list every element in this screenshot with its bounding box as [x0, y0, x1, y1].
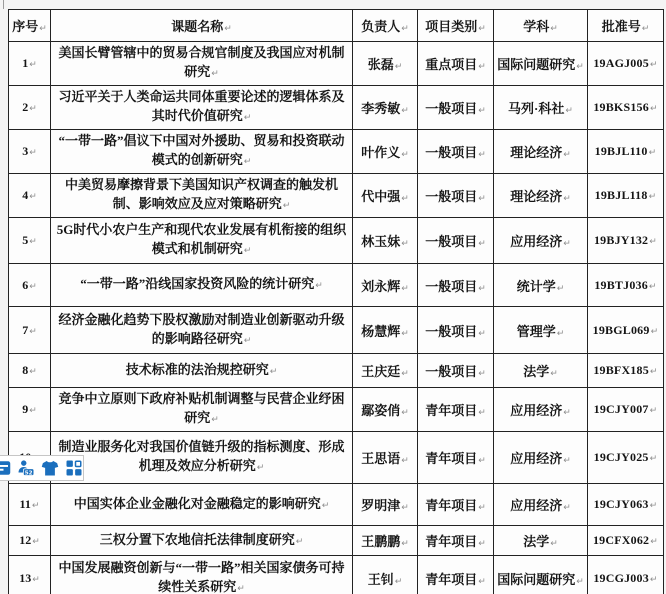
cell-discipline[interactable]: 理论经济↵ — [494, 174, 588, 218]
paragraph-mark: ↵ — [478, 150, 486, 160]
header-title: 课题名称↵ — [51, 10, 353, 42]
paragraph-mark: ↵ — [478, 62, 486, 72]
header-grant-no: 批准号↵ — [588, 10, 664, 42]
header-discipline: 学科↵ — [494, 10, 588, 42]
table-row: 4↵ 中美贸易摩擦背景下美国知识产权调查的触发机制、影响效应及应对策略研究↵ 代… — [9, 174, 664, 218]
cell-category[interactable]: 一般项目↵ — [418, 218, 494, 264]
cell-grant-no[interactable]: 19CJY063↵ — [588, 484, 664, 526]
paragraph-mark: ↵ — [650, 501, 658, 511]
paragraph-mark: ↵ — [650, 60, 658, 70]
cell-discipline[interactable]: 法学↵ — [494, 526, 588, 556]
paragraph-mark: ↵ — [283, 201, 291, 211]
cell-discipline[interactable]: 应用经济↵ — [494, 218, 588, 264]
cell-leader[interactable]: 刘永辉↵ — [353, 264, 418, 307]
cell-index[interactable]: 12↵ — [9, 526, 51, 556]
cell-discipline[interactable]: 法学↵ — [494, 354, 588, 388]
paragraph-mark: ↵ — [650, 575, 658, 585]
paragraph-mark: ↵ — [650, 454, 658, 464]
paragraph-mark: ↵ — [257, 463, 265, 473]
cell-grant-no[interactable]: 19BTJ036↵ — [588, 264, 664, 307]
paragraph-mark: ↵ — [395, 62, 403, 72]
cell-grant-no[interactable]: 19BKS156↵ — [588, 86, 664, 130]
cell-category[interactable]: 一般项目↵ — [418, 174, 494, 218]
paragraph-mark: ↵ — [576, 62, 584, 72]
cell-category[interactable]: 青年项目↵ — [418, 388, 494, 432]
paragraph-mark: ↵ — [244, 113, 252, 123]
paragraph-mark: ↵ — [557, 329, 565, 339]
cell-grant-no[interactable]: 19CGJ003↵ — [588, 556, 664, 594]
paragraph-mark: ↵ — [401, 284, 409, 294]
paragraph-mark: ↵ — [478, 503, 486, 513]
paragraph-mark: ↵ — [565, 106, 573, 116]
floating-toolbar: 52 — [0, 455, 84, 481]
cell-discipline[interactable]: 理论经济↵ — [494, 130, 588, 174]
cell-index[interactable]: 4↵ — [9, 174, 51, 218]
table-row: 1↵ 美国长臂管辖中的贸易合规官制度及我国应对机制研究↵ 张磊↵ 重点项目↵ 国… — [9, 42, 664, 86]
cell-category[interactable]: 一般项目↵ — [418, 130, 494, 174]
cell-discipline[interactable]: 国际问题研究↵ — [494, 556, 588, 594]
cell-category[interactable]: 一般项目↵ — [418, 264, 494, 307]
cell-category[interactable]: 一般项目↵ — [418, 307, 494, 354]
paragraph-mark: ↵ — [29, 104, 37, 114]
header-index: 序号↵ — [9, 10, 51, 42]
cell-grant-no[interactable]: 19BJL110↵ — [588, 130, 664, 174]
cell-index[interactable]: 9↵ — [9, 388, 51, 432]
paragraph-mark: ↵ — [650, 104, 658, 114]
paragraph-mark: ↵ — [478, 408, 486, 418]
table-row: 7↵ 经济金融化趋势下股权激励对制造业创新驱动升级的影响路径研究↵ 杨慧辉↵ 一… — [9, 307, 664, 354]
paragraph-mark: ↵ — [478, 456, 486, 466]
cell-grant-no[interactable]: 19CJY007↵ — [588, 388, 664, 432]
paragraph-mark: ↵ — [32, 575, 40, 585]
paragraph-mark: ↵ — [563, 150, 571, 160]
cell-leader[interactable]: 张磊↵ — [353, 42, 418, 86]
paragraph-mark: ↵ — [29, 60, 37, 70]
cell-discipline[interactable]: 应用经济↵ — [494, 388, 588, 432]
cell-grant-no[interactable]: 19BJY132↵ — [588, 218, 664, 264]
cell-grant-no[interactable]: 19CJY025↵ — [588, 432, 664, 484]
cell-title[interactable]: 美国长臂管辖中的贸易合规官制度及我国应对机制研究↵ — [51, 42, 353, 86]
cell-title[interactable]: 竞争中立原则下政府补贴机制调整与民营企业纾困研究↵ — [51, 388, 353, 432]
cell-leader[interactable]: 叶作义↵ — [353, 130, 418, 174]
cell-title[interactable]: “一带一路”沿线国家投资风险的统计研究↵ — [51, 264, 353, 307]
paragraph-mark: ↵ — [296, 537, 304, 547]
paragraph-mark: ↵ — [650, 537, 658, 547]
paragraph-mark: ↵ — [563, 456, 571, 466]
paragraph-mark: ↵ — [563, 239, 571, 249]
cell-grant-no[interactable]: 19BJL118↵ — [588, 174, 664, 218]
paragraph-mark: ↵ — [478, 239, 486, 249]
header-leader: 负责人↵ — [353, 10, 418, 42]
table-row: 10↵ 制造业服务化对我国价值链升级的指标测度、形成机理及效应分析研究↵ 王思语… — [9, 432, 664, 484]
table-row: 11↵ 中国实体企业金融化对金融稳定的影响研究↵ 罗明津↵ 青年项目↵ 应用经济… — [9, 484, 664, 526]
cell-title[interactable]: 5G时代小农户生产和现代农业发展有机衔接的组织模式和机制研究↵ — [51, 218, 353, 264]
paragraph-mark: ↵ — [401, 106, 409, 116]
cell-grant-no[interactable]: 19CFX062↵ — [588, 526, 664, 556]
tshirt-icon[interactable] — [41, 459, 59, 477]
cell-leader[interactable]: 王思语↵ — [353, 432, 418, 484]
cell-title[interactable]: 中国实体企业金融化对金融稳定的影响研究↵ — [51, 484, 353, 526]
cell-index[interactable]: 2↵ — [9, 86, 51, 130]
cell-discipline[interactable]: 国际问题研究↵ — [494, 42, 588, 86]
cell-title[interactable]: 中国发展融资创新与“一带一路”相关国家债务可持续性关系研究↵ — [51, 556, 353, 594]
cell-category[interactable]: 青年项目↵ — [418, 484, 494, 526]
header-category: 项目类别↵ — [418, 10, 494, 42]
paragraph-mark: ↵ — [244, 157, 252, 167]
paragraph-mark: ↵ — [563, 503, 571, 513]
cell-leader[interactable]: 王庆廷↵ — [353, 354, 418, 388]
table-row: 12↵ 三权分置下农地信托法律制度研究↵ 王鹏鹏↵ 青年项目↵ 法学↵ 19CF… — [9, 526, 664, 556]
cell-title[interactable]: 制造业服务化对我国价值链升级的指标测度、形成机理及效应分析研究↵ — [51, 432, 353, 484]
paragraph-mark: ↵ — [401, 369, 409, 379]
cell-grant-no[interactable]: 19BFX185↵ — [588, 354, 664, 388]
paragraph-mark: ↵ — [29, 282, 37, 292]
paragraph-mark: ↵ — [550, 369, 558, 379]
table-row: 3↵ “一带一路”倡议下中国对外援助、贸易和投资联动模式的创新研究↵ 叶作义↵ … — [9, 130, 664, 174]
paragraph-mark: ↵ — [211, 415, 219, 425]
cell-leader[interactable]: 鄢姿俏↵ — [353, 388, 418, 432]
cell-index[interactable]: 6↵ — [9, 264, 51, 307]
paragraph-mark: ↵ — [478, 539, 486, 549]
user-52-badge-icon[interactable]: 52 — [17, 459, 35, 477]
paragraph-mark: ↵ — [401, 239, 409, 249]
paragraph-mark: ↵ — [401, 150, 409, 160]
paragraph-mark: ↵ — [395, 577, 403, 587]
cell-discipline[interactable]: 应用经济↵ — [494, 432, 588, 484]
cell-title[interactable]: 技术标准的法治规控研究↵ — [51, 354, 353, 388]
cell-leader[interactable]: 代中强↵ — [353, 174, 418, 218]
paragraph-mark: ↵ — [563, 194, 571, 204]
cell-index[interactable]: 8↵ — [9, 354, 51, 388]
header-row: 序号↵ 课题名称↵ 负责人↵ 项目类别↵ 学科↵ 批准号↵ — [9, 10, 664, 42]
paragraph-mark: ↵ — [478, 369, 486, 379]
paragraph-mark: ↵ — [650, 406, 658, 416]
table-row: 13↵ 中国发展融资创新与“一带一路”相关国家债务可持续性关系研究↵ 王钊↵ 青… — [9, 556, 664, 594]
cell-title[interactable]: 中美贸易摩擦背景下美国知识产权调查的触发机制、影响效应及应对策略研究↵ — [51, 174, 353, 218]
cell-title[interactable]: 习近平关于人类命运共同体重要论述的逻辑体系及其时代价值研究↵ — [51, 86, 353, 130]
paragraph-mark: ↵ — [478, 106, 486, 116]
cell-index[interactable]: 3↵ — [9, 130, 51, 174]
paragraph-mark: ↵ — [32, 537, 40, 547]
cell-leader[interactable]: 王鹏鹏↵ — [353, 526, 418, 556]
cell-leader[interactable]: 林玉妹↵ — [353, 218, 418, 264]
paragraph-mark: ↵ — [322, 501, 330, 511]
paragraph-mark: ↵ — [478, 577, 486, 587]
paragraph-mark: ↵ — [649, 148, 657, 158]
cell-index[interactable]: 7↵ — [9, 307, 51, 354]
paragraph-mark: ↵ — [401, 408, 409, 418]
paragraph-mark: ↵ — [401, 24, 409, 34]
cell-discipline[interactable]: 管理学↵ — [494, 307, 588, 354]
paragraph-mark: ↵ — [649, 192, 657, 202]
cell-leader[interactable]: 王钊↵ — [353, 556, 418, 594]
paragraph-mark: ↵ — [550, 539, 558, 549]
page-edge-line — [3, 0, 4, 9]
cell-category[interactable]: 一般项目↵ — [418, 86, 494, 130]
paragraph-mark: ↵ — [650, 367, 658, 377]
paragraph-mark: ↵ — [478, 329, 486, 339]
paragraph-mark: ↵ — [401, 456, 409, 466]
paragraph-mark: ↵ — [224, 24, 232, 34]
paragraph-mark: ↵ — [401, 194, 409, 204]
cell-category[interactable]: 青年项目↵ — [418, 432, 494, 484]
paragraph-mark: ↵ — [211, 69, 219, 79]
paragraph-mark: ↵ — [401, 329, 409, 339]
cell-discipline[interactable]: 应用经济↵ — [494, 484, 588, 526]
paragraph-mark: ↵ — [32, 501, 40, 511]
cell-leader[interactable]: 李秀敏↵ — [353, 86, 418, 130]
cell-leader[interactable]: 罗明津↵ — [353, 484, 418, 526]
paragraph-mark: ↵ — [29, 148, 37, 158]
cell-category[interactable]: 青年项目↵ — [418, 526, 494, 556]
cell-grant-no[interactable]: 19AGJ005↵ — [588, 42, 664, 86]
cell-grant-no[interactable]: 19BGL069↵ — [588, 307, 664, 354]
panel-icon[interactable] — [0, 459, 11, 477]
paragraph-mark: ↵ — [29, 192, 37, 202]
cell-index[interactable]: 11↵ — [9, 484, 51, 526]
paragraph-mark: ↵ — [29, 327, 37, 337]
cell-category[interactable]: 重点项目↵ — [418, 42, 494, 86]
cell-leader[interactable]: 杨慧辉↵ — [353, 307, 418, 354]
table-row: 5↵ 5G时代小农户生产和现代农业发展有机衔接的组织模式和机制研究↵ 林玉妹↵ … — [9, 218, 664, 264]
cell-index[interactable]: 5↵ — [9, 218, 51, 264]
cell-category[interactable]: 青年项目↵ — [418, 556, 494, 594]
grid-squares-icon[interactable] — [65, 459, 83, 477]
paragraph-mark: ↵ — [478, 194, 486, 204]
paragraph-mark: ↵ — [478, 284, 486, 294]
paragraph-mark: ↵ — [237, 584, 245, 594]
document-page: 序号↵ 课题名称↵ 负责人↵ 项目类别↵ 学科↵ 批准号↵ 1↵ 美国长臂管辖中… — [0, 0, 666, 594]
cell-title[interactable]: 三权分置下农地信托法律制度研究↵ — [51, 526, 353, 556]
cell-category[interactable]: 一般项目↵ — [418, 354, 494, 388]
paragraph-mark: ↵ — [39, 24, 47, 34]
cell-title[interactable]: “一带一路”倡议下中国对外援助、贸易和投资联动模式的创新研究↵ — [51, 130, 353, 174]
table-row: 8↵ 技术标准的法治规控研究↵ 王庆廷↵ 一般项目↵ 法学↵ 19BFX185↵ — [9, 354, 664, 388]
cell-title[interactable]: 经济金融化趋势下股权激励对制造业创新驱动升级的影响路径研究↵ — [51, 307, 353, 354]
paragraph-mark: ↵ — [401, 503, 409, 513]
paragraph-mark: ↵ — [649, 282, 657, 292]
paragraph-mark: ↵ — [576, 577, 584, 587]
paragraph-mark: ↵ — [401, 539, 409, 549]
cell-discipline[interactable]: 马列·科社↵ — [494, 86, 588, 130]
badge-label: 52 — [25, 470, 33, 476]
table-row: 2↵ 习近平关于人类命运共同体重要论述的逻辑体系及其时代价值研究↵ 李秀敏↵ 一… — [9, 86, 664, 130]
paragraph-mark: ↵ — [563, 408, 571, 418]
paragraph-mark: ↵ — [244, 336, 252, 346]
paragraph-mark: ↵ — [557, 284, 565, 294]
paragraph-mark: ↵ — [651, 327, 659, 337]
table-row: 6↵ “一带一路”沿线国家投资风险的统计研究↵ 刘永辉↵ 一般项目↵ 统计学↵ … — [9, 264, 664, 307]
paragraph-mark: ↵ — [270, 367, 278, 377]
paragraph-mark: ↵ — [29, 406, 37, 416]
cell-discipline[interactable]: 统计学↵ — [494, 264, 588, 307]
paragraph-mark: ↵ — [29, 367, 37, 377]
paragraph-mark: ↵ — [315, 281, 323, 291]
paragraph-mark: ↵ — [478, 24, 486, 34]
cell-index[interactable]: 1↵ — [9, 42, 51, 86]
paragraph-mark: ↵ — [244, 246, 252, 256]
paragraph-mark: ↵ — [550, 24, 558, 34]
paragraph-mark: ↵ — [642, 24, 650, 34]
table-row: 9↵ 竞争中立原则下政府补贴机制调整与民营企业纾困研究↵ 鄢姿俏↵ 青年项目↵ … — [9, 388, 664, 432]
paragraph-mark: ↵ — [29, 237, 37, 247]
cell-index[interactable]: 13↵ — [9, 556, 51, 594]
paragraph-mark: ↵ — [649, 237, 657, 247]
projects-table: 序号↵ 课题名称↵ 负责人↵ 项目类别↵ 学科↵ 批准号↵ 1↵ 美国长臂管辖中… — [8, 9, 664, 594]
